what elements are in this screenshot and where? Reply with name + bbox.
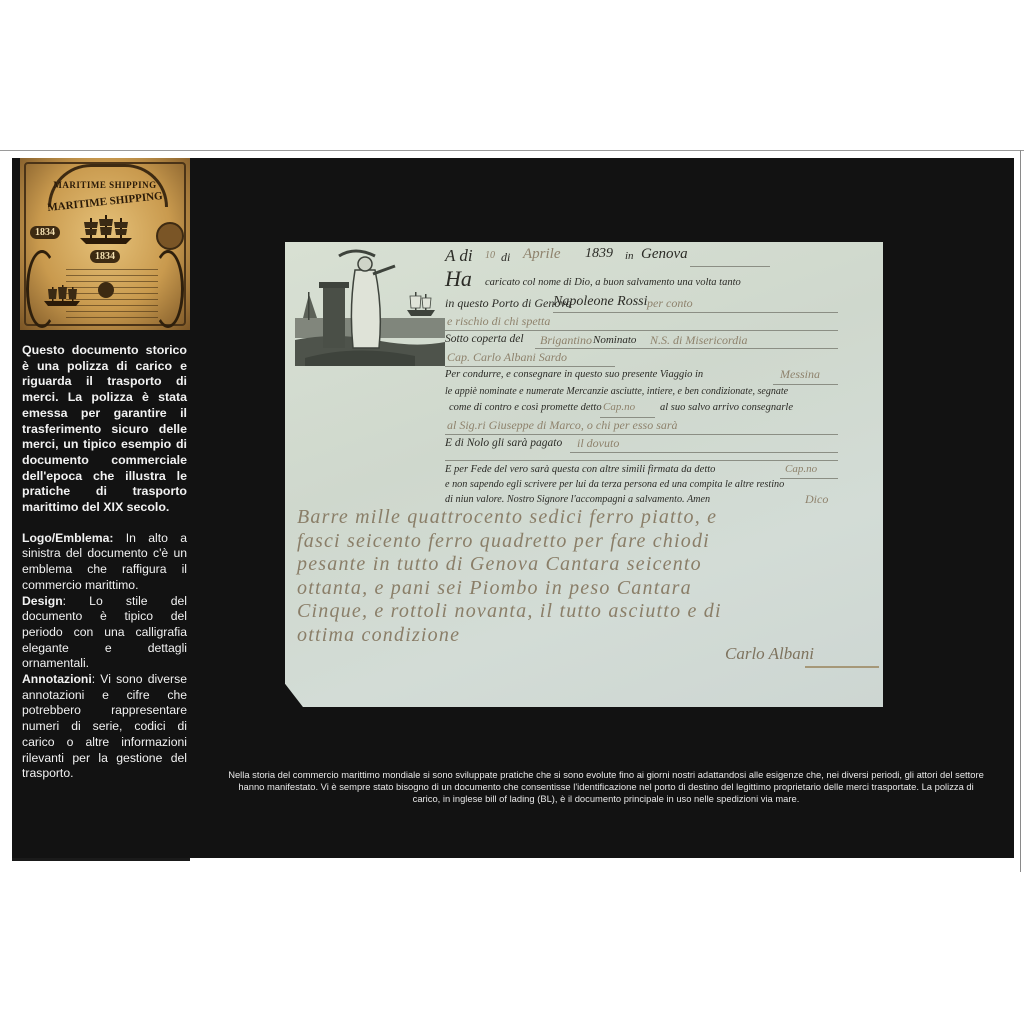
rule	[690, 266, 770, 267]
small-ship-icon	[42, 284, 82, 308]
line-sotto-coperta: Sotto coperta del	[445, 333, 524, 345]
vessel-name: N.S. di Misericordia	[650, 333, 748, 348]
date-month: Aprile	[523, 246, 561, 263]
tall-ship-icon	[76, 214, 136, 246]
item-label: Logo/Emblema:	[22, 531, 113, 545]
rule	[773, 384, 838, 385]
date-of: di	[501, 250, 510, 265]
rule	[445, 330, 838, 331]
item-text: : Vi sono diverse annotazioni e cifre ch…	[22, 672, 187, 780]
line-promette: come di contro e così promette detto	[449, 402, 602, 413]
line-fede: E per Fede del vero sarà questa con altr…	[445, 464, 715, 475]
line-terza-persona: e non sapendo egli scrivere per lui da t…	[445, 479, 784, 490]
date-day: 10	[485, 250, 495, 261]
wax-seal-icon	[98, 282, 114, 298]
line-amen: di niun valore. Nostro Signore l'accompa…	[445, 494, 710, 505]
shipper-note: per conto	[647, 296, 693, 311]
thumbnail-banner: MARITIME SHIPPING	[44, 180, 166, 190]
cargo-line: ottanta, e pani sei Piombo in peso Canta…	[297, 577, 877, 601]
line-condurre: Per condurre, e consegnare in questo suo…	[445, 369, 703, 380]
rule	[780, 478, 838, 479]
line-nolo: E di Nolo gli sarà pagato	[445, 437, 562, 449]
description-column: Questo documento storico è una polizza d…	[22, 343, 187, 782]
freight-note: il dovuto	[577, 436, 619, 451]
rule	[553, 312, 838, 313]
rule	[445, 434, 838, 435]
line-consegnarle: al suo salvo arrivo consegnarle	[660, 402, 793, 413]
maritime-shipping-thumbnail: MARITIME SHIPPING MARITIME SHIPPING 1834…	[20, 158, 190, 330]
cargo-line: Barre mille quattrocento sedici ferro pi…	[297, 506, 877, 530]
consignee: al Sig.ri Giuseppe di Marco, o chi per e…	[447, 418, 678, 433]
risk-note: e rischio di chi spetta	[447, 314, 550, 329]
captain-name: Cap. Carlo Albani Sardo	[447, 350, 567, 365]
signature-underline	[805, 666, 879, 668]
date-in: in	[625, 250, 634, 262]
year-badge-left: 1834	[30, 226, 60, 239]
captain-signature: Carlo Albani	[725, 644, 814, 664]
dico-note: Dico	[805, 492, 828, 507]
date-city: Genova	[641, 246, 688, 263]
vessel-type: Brigantino	[540, 333, 592, 348]
rule	[535, 348, 838, 349]
initial-ha: Ha	[445, 266, 472, 292]
cargo-line: Cinque, e rottoli novanta, il tutto asci…	[297, 600, 877, 624]
item-label: Annotazioni	[22, 672, 92, 686]
date-year: 1839	[585, 246, 613, 262]
right-rule	[1020, 150, 1021, 872]
top-rule	[0, 150, 1024, 151]
caption-text: Nella storia del commercio marittimo mon…	[226, 769, 986, 806]
allegorical-engraving	[295, 248, 445, 366]
line-mercanzie: le appiè nominate e numerate Mercanzie a…	[445, 386, 788, 397]
captain-abbrev: Cap.no	[603, 401, 635, 413]
date-prefix: A di	[445, 246, 473, 266]
cargo-line: fasci seicento ferro quadretto per fare …	[297, 530, 877, 554]
description-item-annotations: Annotazioni: Vi sono diverse annotazioni…	[22, 672, 187, 782]
panel-shadow	[12, 858, 190, 861]
year-badge-center: 1834	[90, 250, 120, 263]
description-item-logo: Logo/Emblema: In alto a sinistra del doc…	[22, 531, 187, 594]
line-caricato: caricato col nome di Dio, a buon salvame…	[485, 277, 741, 288]
rule	[570, 452, 838, 453]
shipper-name: Napoleone Rossi	[553, 294, 648, 310]
item-label: Design	[22, 594, 63, 608]
bill-of-lading-document: A di 10 di Aprile 1839 in Genova Ha cari…	[285, 242, 883, 707]
description-intro: Questo documento storico è una polizza d…	[22, 343, 187, 516]
rule	[445, 460, 838, 461]
destination: Messina	[780, 367, 820, 382]
captain-abbrev-2: Cap.no	[785, 463, 817, 475]
rule	[445, 366, 615, 367]
seal-emblem	[156, 222, 184, 250]
description-item-design: Design: Lo stile del documento è tipico …	[22, 594, 187, 673]
cargo-description: Barre mille quattrocento sedici ferro pi…	[297, 506, 877, 647]
line-nominato: Nominato	[593, 334, 636, 346]
cargo-line: pesante in tutto di Genova Cantara seice…	[297, 553, 877, 577]
